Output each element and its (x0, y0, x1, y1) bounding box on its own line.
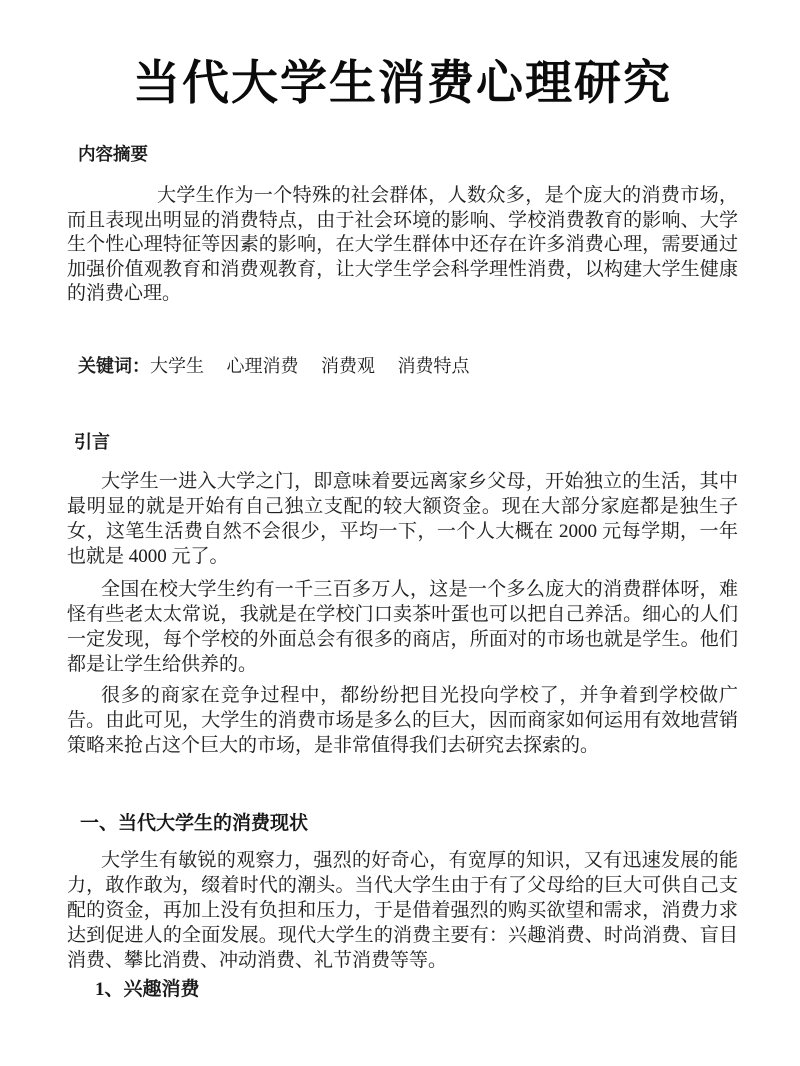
document-page: 当代大学生消费心理研究 内容摘要 大学生作为一个特殊的社会群体，人数众多，是个庞… (0, 0, 800, 1066)
introduction-paragraph-3: 很多的商家在竞争过程中，都纷纷把目光投向学校了，并争着到学校做广告。由此可见，大… (67, 683, 738, 758)
section1-heading: 一、当代大学生的消费现状 (67, 812, 738, 836)
keywords-label: 关键词： (78, 356, 150, 376)
keywords-line: 关键词：大学生 心理消费 消费观 消费特点 (67, 355, 738, 377)
document-title: 当代大学生消费心理研究 (67, 56, 738, 110)
subsection1-heading: 1、兴趣消费 (67, 979, 738, 1001)
introduction-paragraph-2: 全国在校大学生约有一千三百多万人，这是一个多么庞大的消费群体呀，难怪有些老太太常… (67, 577, 738, 677)
document-content: 当代大学生消费心理研究 内容摘要 大学生作为一个特殊的社会群体，人数众多，是个庞… (67, 0, 738, 1001)
abstract-paragraph: 大学生作为一个特殊的社会群体，人数众多，是个庞大的消费市场，而且表现出明显的消费… (67, 184, 738, 307)
introduction-paragraph-1: 大学生一进入大学之门，即意味着要远离家乡父母，开始独立的生活，其中最明显的就是开… (67, 469, 738, 569)
introduction-heading: 引言 (67, 431, 738, 453)
section1-paragraph: 大学生有敏锐的观察力，强烈的好奇心，有宽厚的知识，又有迅速发展的能力，敢作敢为，… (67, 848, 738, 973)
keywords-terms: 大学生 心理消费 消费观 消费特点 (150, 356, 470, 376)
abstract-heading: 内容摘要 (67, 144, 738, 164)
